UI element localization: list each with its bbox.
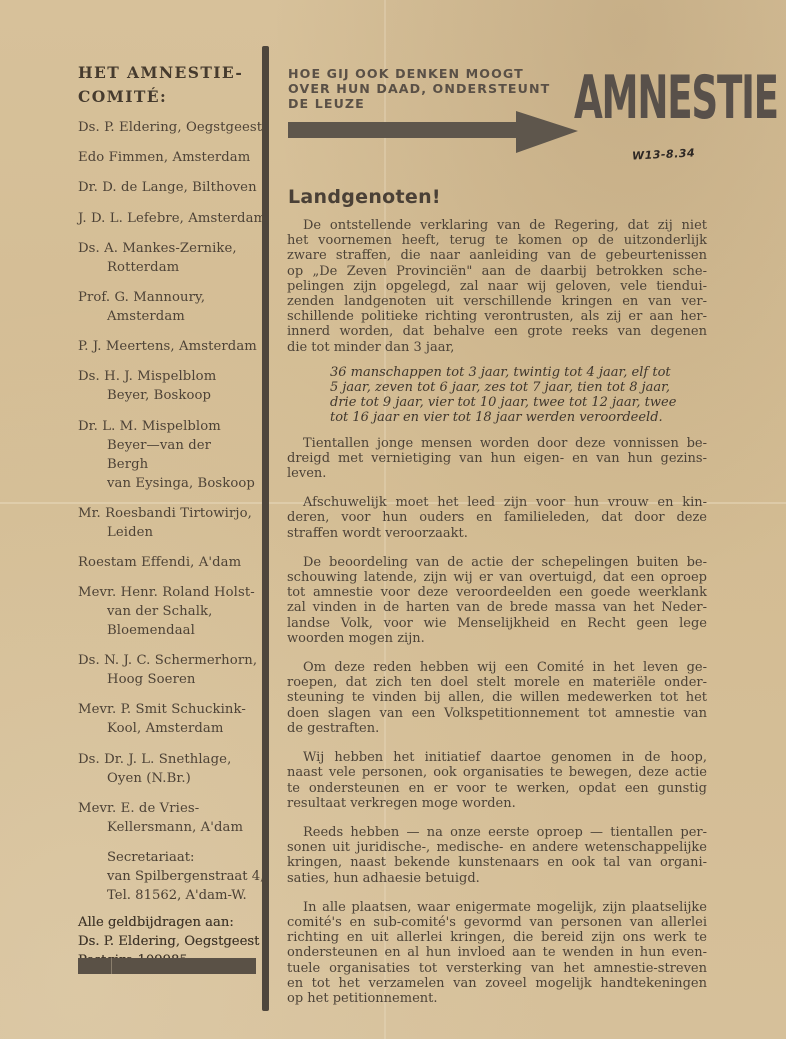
member-place: Kellersmann, A'dam [78,818,256,837]
text-line: deren, voor hun ouders en familieleden, … [271,510,707,525]
committee-member: Prof. G. Mannoury,Amsterdam [78,288,256,326]
text-line: naast vele personen, ook organisaties te… [271,765,707,780]
handwritten-note: W13-8.34 [632,146,696,162]
text-line: richting en uit allerlei kringen, die be… [271,930,707,945]
member-place: Oyen (N.Br.) [78,769,256,788]
slogan-line: HOE GIJ OOK DENKEN MOOGT [288,66,578,81]
text-line: roepen, dat zich ten doel stelt morele e… [271,675,707,690]
paragraph: Tientallen jonge mensen worden door deze… [287,436,707,482]
member-name: Ds. Dr. J. L. Snethlage, [78,750,256,769]
member-name: Dr. D. de Lange, Bilthoven [78,178,256,197]
committee-member: Edo Fimmen, Amsterdam [78,148,256,167]
member-name-cont: van der Schalk, [78,602,256,621]
committee-member: Dr. L. M. MispelblomBeyer—van der Berghv… [78,417,256,493]
column-divider-bar [262,46,269,1011]
text-line: op het petitionnement. [271,991,707,1006]
paragraph: Om deze reden hebben wij een Comité in h… [287,660,707,736]
arrow-right-icon [288,109,578,153]
text-line: steuning te vinden bij allen, die willen… [271,690,707,705]
donations-label: Alle geldbijdragen aan: [78,913,256,932]
text-line: drie tot 9 jaar, vier tot 10 jaar, twee … [330,395,707,410]
text-line: Om deze reden hebben wij een Comité in h… [287,660,707,675]
paragraph: Wij hebben het initiatief daartoe genome… [287,750,707,811]
text-line: Wij hebben het initiatief daartoe genome… [287,750,707,765]
member-name-cont: Beyer—van der Bergh [78,436,256,474]
secretariat-label: Secretariaat: [107,848,256,867]
committee-title-line-2: COMITÉ: [78,86,256,108]
text-line: dreigd met vernietiging van hun eigen- e… [271,451,707,466]
text-line: te ondersteunen en er voor te werken, op… [271,781,707,796]
text-line: het voornemen heeft, terug te komen op d… [271,233,707,248]
member-name: Ds. N. J. C. Schermerhorn, [78,651,256,670]
text-line: In alle plaatsen, waar enigermate mogeli… [287,900,707,915]
member-place: van Eysinga, Boskoop [78,474,256,493]
article-body: De ontstellende verklaring van de Regeri… [287,218,707,1016]
committee-column: HET AMNESTIE- COMITÉ: Ds. P. Eldering, O… [78,62,256,970]
member-place: Beyer, Boskoop [78,386,256,405]
slogan: HOE GIJ OOK DENKEN MOOGT OVER HUN DAAD, … [288,66,578,111]
text-line: tot 16 jaar en vier tot 18 jaar werden v… [330,410,707,425]
committee-member: Mr. Roesbandi Tirtowirjo,Leiden [78,504,256,542]
text-line: schouwing latende, zijn wij er van overt… [271,570,707,585]
member-place: Kool, Amsterdam [78,719,256,738]
text-line: 5 jaar, zeven tot 6 jaar, zes tot 7 jaar… [330,380,707,395]
member-name: Ds. H. J. Mispelblom [78,367,256,386]
text-line: Afschuwelijk moet het leed zijn voor hun… [287,495,707,510]
member-name: Ds. A. Mankes-Zernike, [78,239,256,258]
text-line: straffen wordt veroorzaakt. [271,526,707,541]
member-place: Bloemendaal [78,621,256,640]
committee-title: HET AMNESTIE- COMITÉ: [78,62,256,108]
text-line: op „De Zeven Provinciën" aan de daarbij … [271,264,707,279]
text-line: innerd worden, dat behalve een grote ree… [271,324,707,339]
text-line: zenden landgenoten uit verschillende kri… [271,294,707,309]
member-name: Mr. Roesbandi Tirtowirjo, [78,504,256,523]
text-line: ondersteunen en al hun invloed aan te we… [271,945,707,960]
headline-amnestie: AMNESTIE [574,62,699,134]
member-name: J. D. L. Lefebre, Amsterdam [78,209,256,228]
text-line: zware straffen, die naar aanleiding van … [271,248,707,263]
committee-member: Dr. D. de Lange, Bilthoven [78,178,256,197]
paragraph: Reeds hebben — na onze eerste oproep — t… [287,825,707,886]
secretariat-address: van Spilbergenstraat 4, [107,867,256,886]
slogan-line: OVER HUN DAAD, ONDERSTEUNT [288,81,578,96]
member-name: Mevr. E. de Vries- [78,799,256,818]
member-name: P. J. Meertens, Amsterdam [78,337,256,356]
paragraph: Afschuwelijk moet het leed zijn voor hun… [287,495,707,541]
text-line: tuele organisaties tot versterking van h… [271,961,707,976]
sentences-quote: 36 manschappen tot 3 jaar, twintig tot 4… [330,365,707,426]
committee-member: Roestam Effendi, A'dam [78,553,256,572]
member-name: Edo Fimmen, Amsterdam [78,148,256,167]
member-place: Leiden [78,523,256,542]
secretariat-phone: Tel. 81562, A'dam-W. [107,886,256,905]
text-line: schillende politieke richting verontrust… [271,309,707,324]
member-name: Mevr. P. Smit Schuckink- [78,700,256,719]
committee-member: Ds. A. Mankes-Zernike,Rotterdam [78,239,256,277]
secretariat-block: Secretariaat: van Spilbergenstraat 4, Te… [78,848,256,905]
member-place: Rotterdam [78,258,256,277]
text-line: doen slagen van een Volkspetitionnement … [271,706,707,721]
member-name: Prof. G. Mannoury, [78,288,256,307]
committee-member: Ds. Dr. J. L. Snethlage,Oyen (N.Br.) [78,750,256,788]
text-line: Reeds hebben — na onze eerste oproep — t… [287,825,707,840]
committee-member: Ds. P. Eldering, Oegstgeest [78,118,256,137]
text-line: comité's en sub-comité's gevormd van per… [271,915,707,930]
text-line: Tientallen jonge mensen worden door deze… [287,436,707,451]
committee-member: Mevr. Henr. Roland Holst-van der Schalk,… [78,583,256,640]
text-line: De ontstellende verklaring van de Regeri… [287,218,707,233]
member-name: Ds. P. Eldering, Oegstgeest [78,118,256,137]
committee-member: Mevr. E. de Vries-Kellersmann, A'dam [78,799,256,837]
decorative-footer-bar [78,958,256,974]
text-line: 36 manschappen tot 3 jaar, twintig tot 4… [330,365,707,380]
paragraph: De ontstellende verklaring van de Regeri… [287,218,707,355]
text-line: landse Volk, voor wie Menselijkheid en R… [271,616,707,631]
member-name: Roestam Effendi, A'dam [78,553,256,572]
text-line: pelingen zijn opgelegd, zal naar wij gel… [271,279,707,294]
donations-recipient: Ds. P. Eldering, Oegstgeest [78,932,256,951]
text-line: tot amnestie voor deze veroordeelden een… [271,585,707,600]
committee-member: P. J. Meertens, Amsterdam [78,337,256,356]
member-place: Hoog Soeren [78,670,256,689]
text-line: de gestraften. [271,721,707,736]
text-line: zal vinden in de harten van de brede mas… [271,600,707,615]
committee-member: J. D. L. Lefebre, Amsterdam [78,209,256,228]
article-heading: Landgenoten! [288,186,441,208]
member-name: Mevr. Henr. Roland Holst- [78,583,256,602]
text-line: sonen uit juridische-, medische- en ande… [271,840,707,855]
committee-title-line-1: HET AMNESTIE- [78,62,256,84]
committee-member: Ds. N. J. C. Schermerhorn,Hoog Soeren [78,651,256,689]
text-line: saties, hun adhaesie betuigd. [271,871,707,886]
paragraph: De beoordeling van de actie der schepeli… [287,555,707,646]
text-line: leven. [271,466,707,481]
text-line: kringen, naast bekende kunstenaars en oo… [271,855,707,870]
committee-member: Ds. H. J. MispelblomBeyer, Boskoop [78,367,256,405]
text-line: die tot minder dan 3 jaar, [271,340,707,355]
text-line: resultaat verkregen moge worden. [271,796,707,811]
member-name: Dr. L. M. Mispelblom [78,417,256,436]
paragraph: In alle plaatsen, waar enigermate mogeli… [287,900,707,1006]
text-line: en tot het verzamelen van zoveel mogelij… [271,976,707,991]
member-place: Amsterdam [78,307,256,326]
committee-member: Mevr. P. Smit Schuckink-Kool, Amsterdam [78,700,256,738]
text-line: De beoordeling van de actie der schepeli… [287,555,707,570]
text-line: woorden mogen zijn. [271,631,707,646]
